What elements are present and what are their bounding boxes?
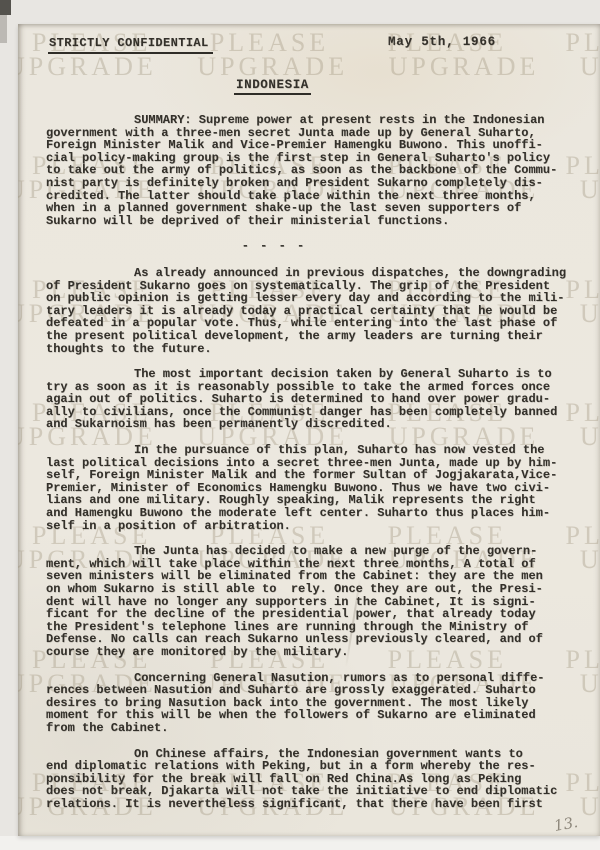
paragraph: The most important decision taken by Gen… (46, 368, 582, 431)
section-separator: - - - - (46, 240, 502, 253)
text-line: when in a planned government shake-up th… (46, 202, 582, 215)
text-line: again out of politics. Suharto is determ… (46, 393, 582, 406)
text-line: course they are monitored by the militar… (46, 646, 582, 659)
text-line: from the Cabinet. (46, 722, 582, 735)
text-line: SUMMARY: Supreme power at present rests … (46, 114, 582, 127)
document-title: INDONESIA (234, 78, 311, 95)
scanned-page: PLEASE PLEASE PLEASE PLEASE PLEASEUPGRAD… (0, 0, 600, 850)
scan-bottom-edge (0, 836, 600, 850)
paragraph: As already announced in previous dispatc… (46, 267, 582, 355)
classification-stamp: STRICTLY CONFIDENTIAL (48, 36, 213, 54)
text-line: ficant for the decline of the presidenti… (46, 608, 582, 621)
watermark-word-row: UPGRADE UPGRADE UPGRADE UPGRADE UPGRADE (18, 55, 600, 79)
text-line: the present political development, the a… (46, 330, 582, 343)
document-page: PLEASE PLEASE PLEASE PLEASE PLEASEUPGRAD… (18, 24, 600, 836)
paragraph: Concerning General Nasution, rumors as t… (46, 672, 582, 735)
text-line: As already announced in previous dispatc… (46, 267, 582, 280)
paragraph: In the pursuance of this plan, Suharto h… (46, 444, 582, 532)
text-line: self in a position of arbitration. (46, 520, 582, 533)
text-line: and Hamengku Buwono the moderate left ce… (46, 507, 582, 520)
text-line: rences between Nasution and Suharto are … (46, 684, 582, 697)
scan-corner-artifact (0, 0, 11, 15)
document-body: SUMMARY: Supreme power at present rests … (46, 114, 582, 824)
paragraph: The Junta has decided to make a new purg… (46, 545, 582, 658)
text-line: on whom Sukarno is still able to rely. O… (46, 583, 582, 596)
text-line: Foreign Minister Malik and Vice-Premier … (46, 139, 582, 152)
text-line: relations. It is nevertheless significan… (46, 798, 582, 811)
document-date: May 5th, 1966 (388, 35, 496, 49)
text-line: self, Foreign Minister Malik and the for… (46, 469, 582, 482)
scan-edge-shadow (0, 15, 7, 43)
text-line: end diplomatic relations with Peking, bu… (46, 760, 582, 773)
text-line: In the pursuance of this plan, Suharto h… (46, 444, 582, 457)
text-line: and Sukarnoism has been permanently disc… (46, 418, 582, 431)
text-line: on public opinion is getting lesser ever… (46, 292, 582, 305)
text-line: The most important decision taken by Gen… (46, 368, 582, 381)
text-line: Sukarno will be deprived of their minist… (46, 215, 582, 228)
paragraph: On Chinese affairs, the Indonesian gover… (46, 748, 582, 811)
text-line: nist party is definitely broken and Pres… (46, 177, 582, 190)
paragraph: SUMMARY: Supreme power at present rests … (46, 114, 582, 227)
text-line: The Junta has decided to make a new purg… (46, 545, 582, 558)
text-line: thoughts to the future. (46, 343, 582, 356)
